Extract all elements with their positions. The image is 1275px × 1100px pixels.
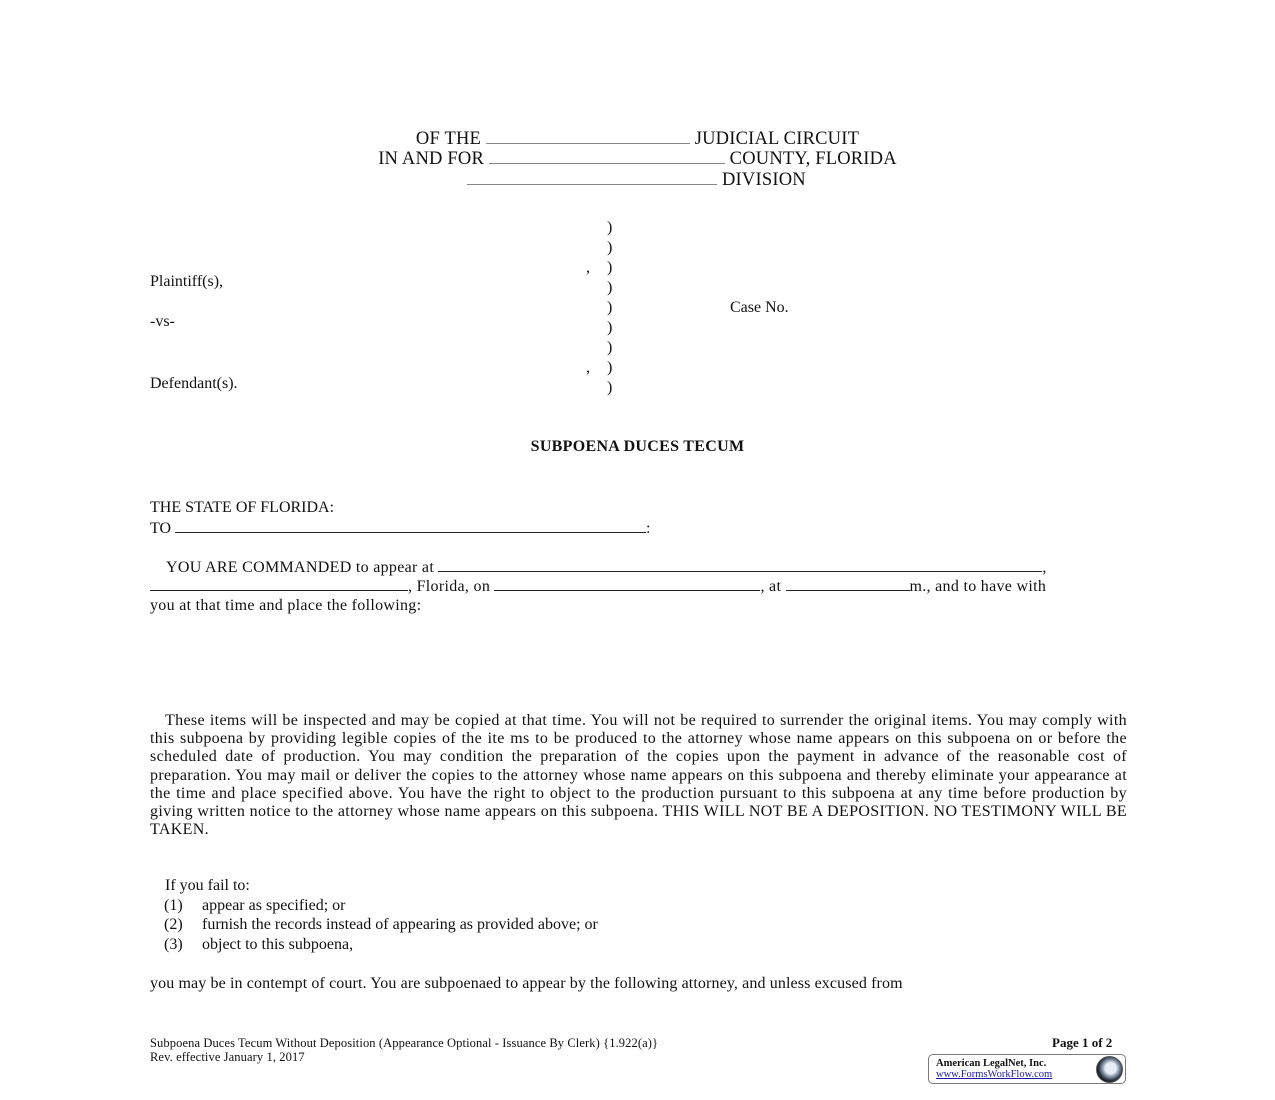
- page-number: Page 1 of 2: [1052, 1035, 1112, 1051]
- florida-on-label: , Florida, on: [408, 578, 490, 595]
- list-item-text: appear as specified; or: [202, 897, 345, 914]
- caption-paren: ): [607, 339, 612, 357]
- case-number-label: Case No.: [730, 299, 789, 317]
- footer-form-title: Subpoena Duces Tecum Without Deposition …: [150, 1036, 658, 1051]
- versus-label: -vs-: [150, 313, 175, 331]
- footer-revision: Rev. effective January 1, 2017: [150, 1050, 305, 1065]
- appear-location-blank[interactable]: [438, 558, 1042, 572]
- state-of-florida-label: THE STATE OF FLORIDA:: [150, 499, 334, 517]
- document-title: SUBPOENA DUCES TECUM: [0, 438, 1275, 456]
- caption-paren: ): [607, 319, 612, 337]
- date-blank[interactable]: [494, 577, 760, 591]
- time-blank[interactable]: [786, 577, 910, 591]
- badge-url-link[interactable]: www.FormsWorkFlow.com: [936, 1069, 1052, 1080]
- badge-company: American LegalNet, Inc.: [936, 1058, 1046, 1069]
- command-line-3: you at that time and place the following…: [150, 597, 1127, 615]
- caption-paren: ): [607, 359, 612, 377]
- caption-paren: ): [607, 219, 612, 237]
- caption-paren: ): [607, 379, 612, 397]
- judicial-circuit-label: JUDICIAL CIRCUIT: [695, 129, 859, 149]
- in-and-for-label: IN AND FOR: [378, 149, 484, 169]
- at-label: , at: [760, 578, 781, 595]
- caption-paren: ): [607, 239, 612, 257]
- caption-paren: ): [607, 299, 612, 317]
- plaintiff-label: Plaintiff(s),: [150, 273, 223, 291]
- header-county-line: IN AND FOR COUNTY, FLORIDA: [0, 148, 1275, 170]
- contempt-line: you may be in contempt of court. You are…: [150, 975, 903, 993]
- recipient-blank[interactable]: [175, 519, 646, 533]
- division-label: DIVISION: [722, 170, 806, 190]
- fail-intro: If you fail to:: [165, 877, 250, 895]
- list-item: (3)object to this subpoena,: [164, 936, 353, 954]
- command-line-1: YOU ARE COMMANDED to appear at ,: [150, 558, 1127, 577]
- city-blank[interactable]: [150, 577, 408, 591]
- list-item-text: furnish the records instead of appearing…: [202, 916, 598, 933]
- command-line-2: , Florida, on , at m., and to have with: [150, 577, 1127, 596]
- circuit-blank[interactable]: [486, 128, 690, 144]
- defendant-label: Defendant(s).: [150, 375, 238, 393]
- inspection-paragraph: These items will be inspected and may be…: [150, 712, 1127, 839]
- list-item-number: (3): [164, 936, 202, 954]
- list-item-number: (1): [164, 897, 202, 915]
- to-colon: :: [646, 520, 650, 537]
- header-circuit-line: OF THE JUDICIAL CIRCUIT: [0, 128, 1275, 150]
- list-item: (1)appear as specified; or: [164, 897, 345, 915]
- caption-comma: ,: [586, 359, 590, 377]
- comma: ,: [1042, 559, 1046, 576]
- county-florida-label: COUNTY, FLORIDA: [730, 149, 897, 169]
- globe-icon: [1096, 1056, 1123, 1083]
- have-with-label: m., and to have with: [910, 578, 1047, 595]
- division-blank[interactable]: [467, 169, 717, 185]
- list-item: (2)furnish the records instead of appear…: [164, 916, 598, 934]
- command-lead: YOU ARE COMMANDED to appear at: [166, 559, 434, 576]
- header-division-line: DIVISION: [0, 169, 1274, 191]
- caption-paren: ): [607, 279, 612, 297]
- to-line: TO :: [150, 519, 651, 538]
- list-item-text: object to this subpoena,: [202, 936, 353, 953]
- list-item-number: (2): [164, 916, 202, 934]
- to-label: TO: [150, 520, 171, 537]
- american-legalnet-badge[interactable]: American LegalNet, Inc. www.FormsWorkFlo…: [928, 1054, 1126, 1084]
- caption-paren: ): [607, 259, 612, 277]
- county-blank[interactable]: [489, 148, 725, 164]
- inspection-text: These items will be inspected and may be…: [150, 712, 1127, 838]
- circuit-label: OF THE: [416, 129, 481, 149]
- caption-comma: ,: [586, 259, 590, 277]
